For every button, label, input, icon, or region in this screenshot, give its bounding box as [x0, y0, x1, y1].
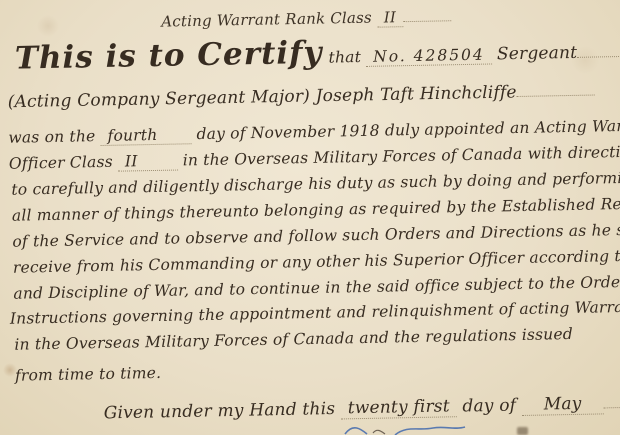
body-line: in the Overseas Military Forces of Canad… [14, 327, 573, 353]
class-field: II [118, 152, 178, 172]
body-text: day of November 1918 duly appointed an A… [196, 116, 620, 143]
dotted-rule [603, 392, 620, 409]
body-line: to carefully and diligently discharge hi… [11, 171, 620, 199]
document-content: Acting Warrant Rank Class II This is to … [0, 0, 620, 435]
day-field: fourth [100, 125, 191, 146]
service-number: No. 428504 [366, 45, 492, 66]
that-text: that [328, 48, 361, 67]
dotted-rule [516, 81, 594, 98]
body-line: and Discipline of War, and to continue i… [13, 274, 620, 302]
given-month-field: May [522, 394, 604, 417]
title-text: Acting Warrant Rank Class [161, 9, 372, 31]
document-title: Acting Warrant Rank Class II [0, 4, 616, 33]
body-line: all manner of things thereunto belonging… [12, 196, 620, 225]
body-text: in the Overseas Military Forces of Canad… [183, 142, 620, 169]
dotted-rule [577, 43, 620, 58]
signature-stroke-partial [315, 419, 495, 435]
name-line: (Acting Company Sergeant Major) Joseph T… [8, 81, 595, 112]
certify-line: This is to Certifythat No. 428504 Sergea… [15, 32, 620, 75]
given-day-field: twenty first [341, 397, 457, 420]
body-line-appointed: was on the fourth day of November 1918 d… [8, 118, 620, 146]
body-line: receive from his Commanding or any other… [13, 247, 620, 276]
recipient-name: Joseph Taft Hinchcliffe [315, 82, 516, 106]
photo-edge-smudge [517, 427, 528, 435]
body-line-officer-class: Officer Class II in the Overseas Militar… [9, 144, 620, 172]
given-line: Given under my Hand this twenty first da… [104, 391, 620, 422]
body-line: from time to time. [15, 366, 161, 384]
certificate-document: Acting Warrant Rank Class II This is to … [0, 0, 620, 435]
rank-prefix: (Acting Company Sergeant Major) [8, 86, 311, 112]
given-text: day of [462, 396, 516, 417]
body-text: Officer Class [9, 153, 113, 173]
body-line: Instructions governing the appointment a… [10, 299, 620, 327]
title-class-field: II [377, 8, 404, 28]
body-text: was on the [8, 127, 95, 147]
rank-text: Sergeant [497, 43, 578, 65]
given-text: Given under my Hand this [104, 399, 336, 423]
dotted-rule [403, 7, 451, 22]
body-line: of the Service and to observe and follow… [12, 222, 620, 250]
certify-heading: This is to Certify [15, 35, 323, 77]
